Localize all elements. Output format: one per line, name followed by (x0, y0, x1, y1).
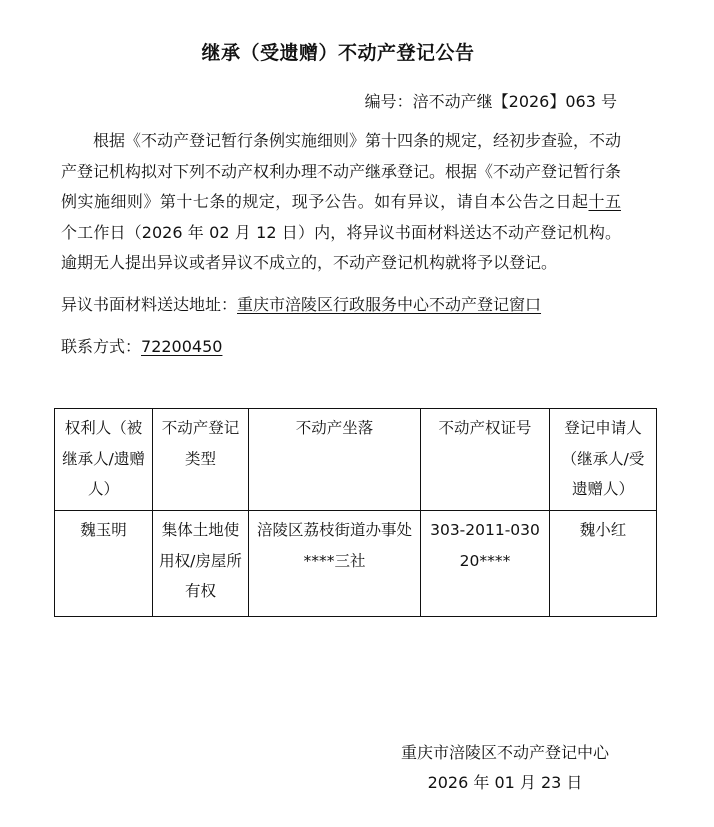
header-holder: 权利人（被继承人/遗赠人） (55, 409, 153, 511)
cell-certificate-no: 303-2011-03020**** (421, 511, 550, 617)
issuing-organization: 重庆市涪陵区不动产登记中心 (380, 738, 630, 768)
cell-registration-type: 集体土地使用权/房屋所有权 (153, 511, 249, 617)
signature-block: 重庆市涪陵区不动产登记中心 2026 年 01 月 23 日 (380, 738, 630, 798)
table-row: 魏玉明 集体土地使用权/房屋所有权 涪陵区荔枝街道办事处****三社 303-2… (55, 511, 657, 617)
header-registration-type: 不动产登记类型 (153, 409, 249, 511)
property-table: 权利人（被继承人/遗赠人） 不动产登记类型 不动产坐落 不动产权证号 登记申请人… (54, 408, 657, 617)
contact-phone: 72200450 (141, 337, 222, 356)
cell-holder: 魏玉明 (55, 511, 153, 617)
page-title: 继承（受遗赠）不动产登记公告 (0, 38, 676, 65)
header-location: 不动产坐落 (249, 409, 421, 511)
header-certificate-no: 不动产权证号 (421, 409, 550, 511)
header-applicant: 登记申请人（继承人/受遗赠人） (550, 409, 657, 511)
address-value: 重庆市涪陵区行政服务中心不动产登记窗口 (237, 295, 541, 314)
address-label: 异议书面材料送达地址： (61, 295, 237, 314)
notice-text-part2: 个工作日（2026 年 02 月 12 日）内，将异议书面材料送达不动产登记机构… (61, 223, 621, 273)
contact-info: 联系方式：72200450 (61, 334, 222, 357)
objection-address: 异议书面材料送达地址：重庆市涪陵区行政服务中心不动产登记窗口 (61, 292, 541, 315)
issue-date: 2026 年 01 月 23 日 (380, 768, 630, 798)
cell-applicant: 魏小红 (550, 511, 657, 617)
notice-text-part1: 根据《不动产登记暂行条例实施细则》第十四条的规定，经初步查验，不动产登记机构拟对… (61, 131, 621, 211)
notice-paragraph: 根据《不动产登记暂行条例实施细则》第十四条的规定，经初步查验，不动产登记机构拟对… (61, 126, 621, 279)
table-header-row: 权利人（被继承人/遗赠人） 不动产登记类型 不动产坐落 不动产权证号 登记申请人… (55, 409, 657, 511)
objection-days: 十五 (589, 192, 622, 211)
document-number: 编号：涪不动产继【2026】063 号 (365, 89, 617, 112)
cell-location: 涪陵区荔枝街道办事处****三社 (249, 511, 421, 617)
contact-label: 联系方式： (61, 337, 141, 356)
